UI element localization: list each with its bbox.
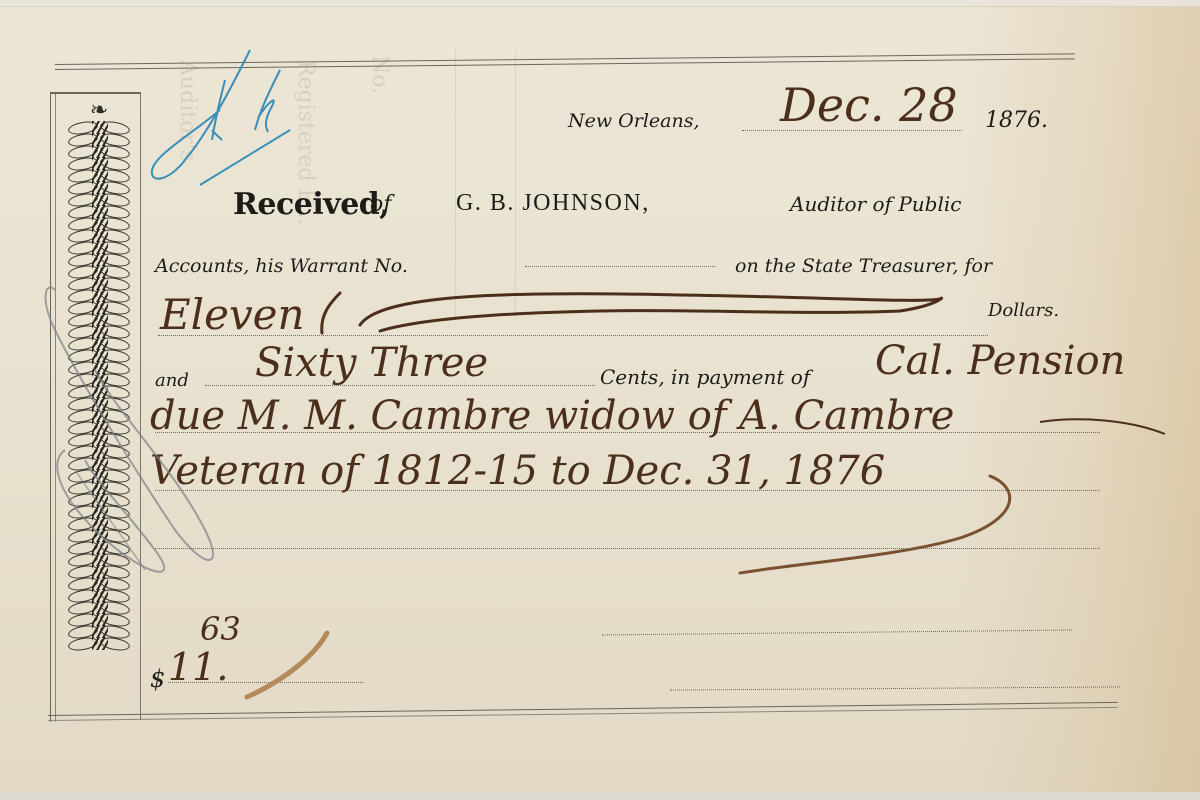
blue-pencil-annotation-icon (140, 40, 310, 200)
cents-label: Cents, in payment of (600, 365, 810, 389)
year-printed: 1876. (985, 108, 1048, 133)
warrant-number-line (525, 266, 715, 267)
warrant-suffix: on the State Treasurer, for (735, 255, 992, 277)
faint-rule (515, 50, 516, 320)
grey-pencil-scribble-icon (35, 270, 245, 590)
blank-line (155, 548, 1100, 549)
of-label: of (370, 192, 391, 217)
ornament-cap-icon: ❧ (90, 100, 108, 122)
amount-slash-flourish-icon (235, 625, 345, 705)
background-strip (0, 792, 1200, 800)
received-label: Received, (233, 187, 389, 222)
ornament-loop-icon (66, 637, 132, 650)
date-handwritten: Dec. 28 (780, 78, 958, 132)
ornament-top-rule (50, 92, 140, 94)
purpose-line-2: due M. M. Cambre widow of A. Cambre (150, 393, 954, 439)
purpose-line-1: Cal. Pension (875, 338, 1125, 384)
payer-name: G. B. JOHNSON, (456, 190, 650, 217)
line-end-flourish-icon (1040, 410, 1170, 440)
dollars-label: Dollars. (988, 300, 1059, 321)
amount-dollars: 11. (168, 645, 228, 689)
payer-title: Auditor of Public (790, 192, 961, 216)
ornament-spine-icon (92, 637, 108, 650)
dollar-sign: $ (150, 665, 165, 693)
place-label: New Orleans, (568, 110, 700, 132)
cents-amount-words: Sixty Three (255, 340, 488, 386)
amount-flourish-icon (300, 285, 960, 345)
closing-flourish-icon (720, 468, 1040, 578)
faint-rule (455, 50, 456, 320)
